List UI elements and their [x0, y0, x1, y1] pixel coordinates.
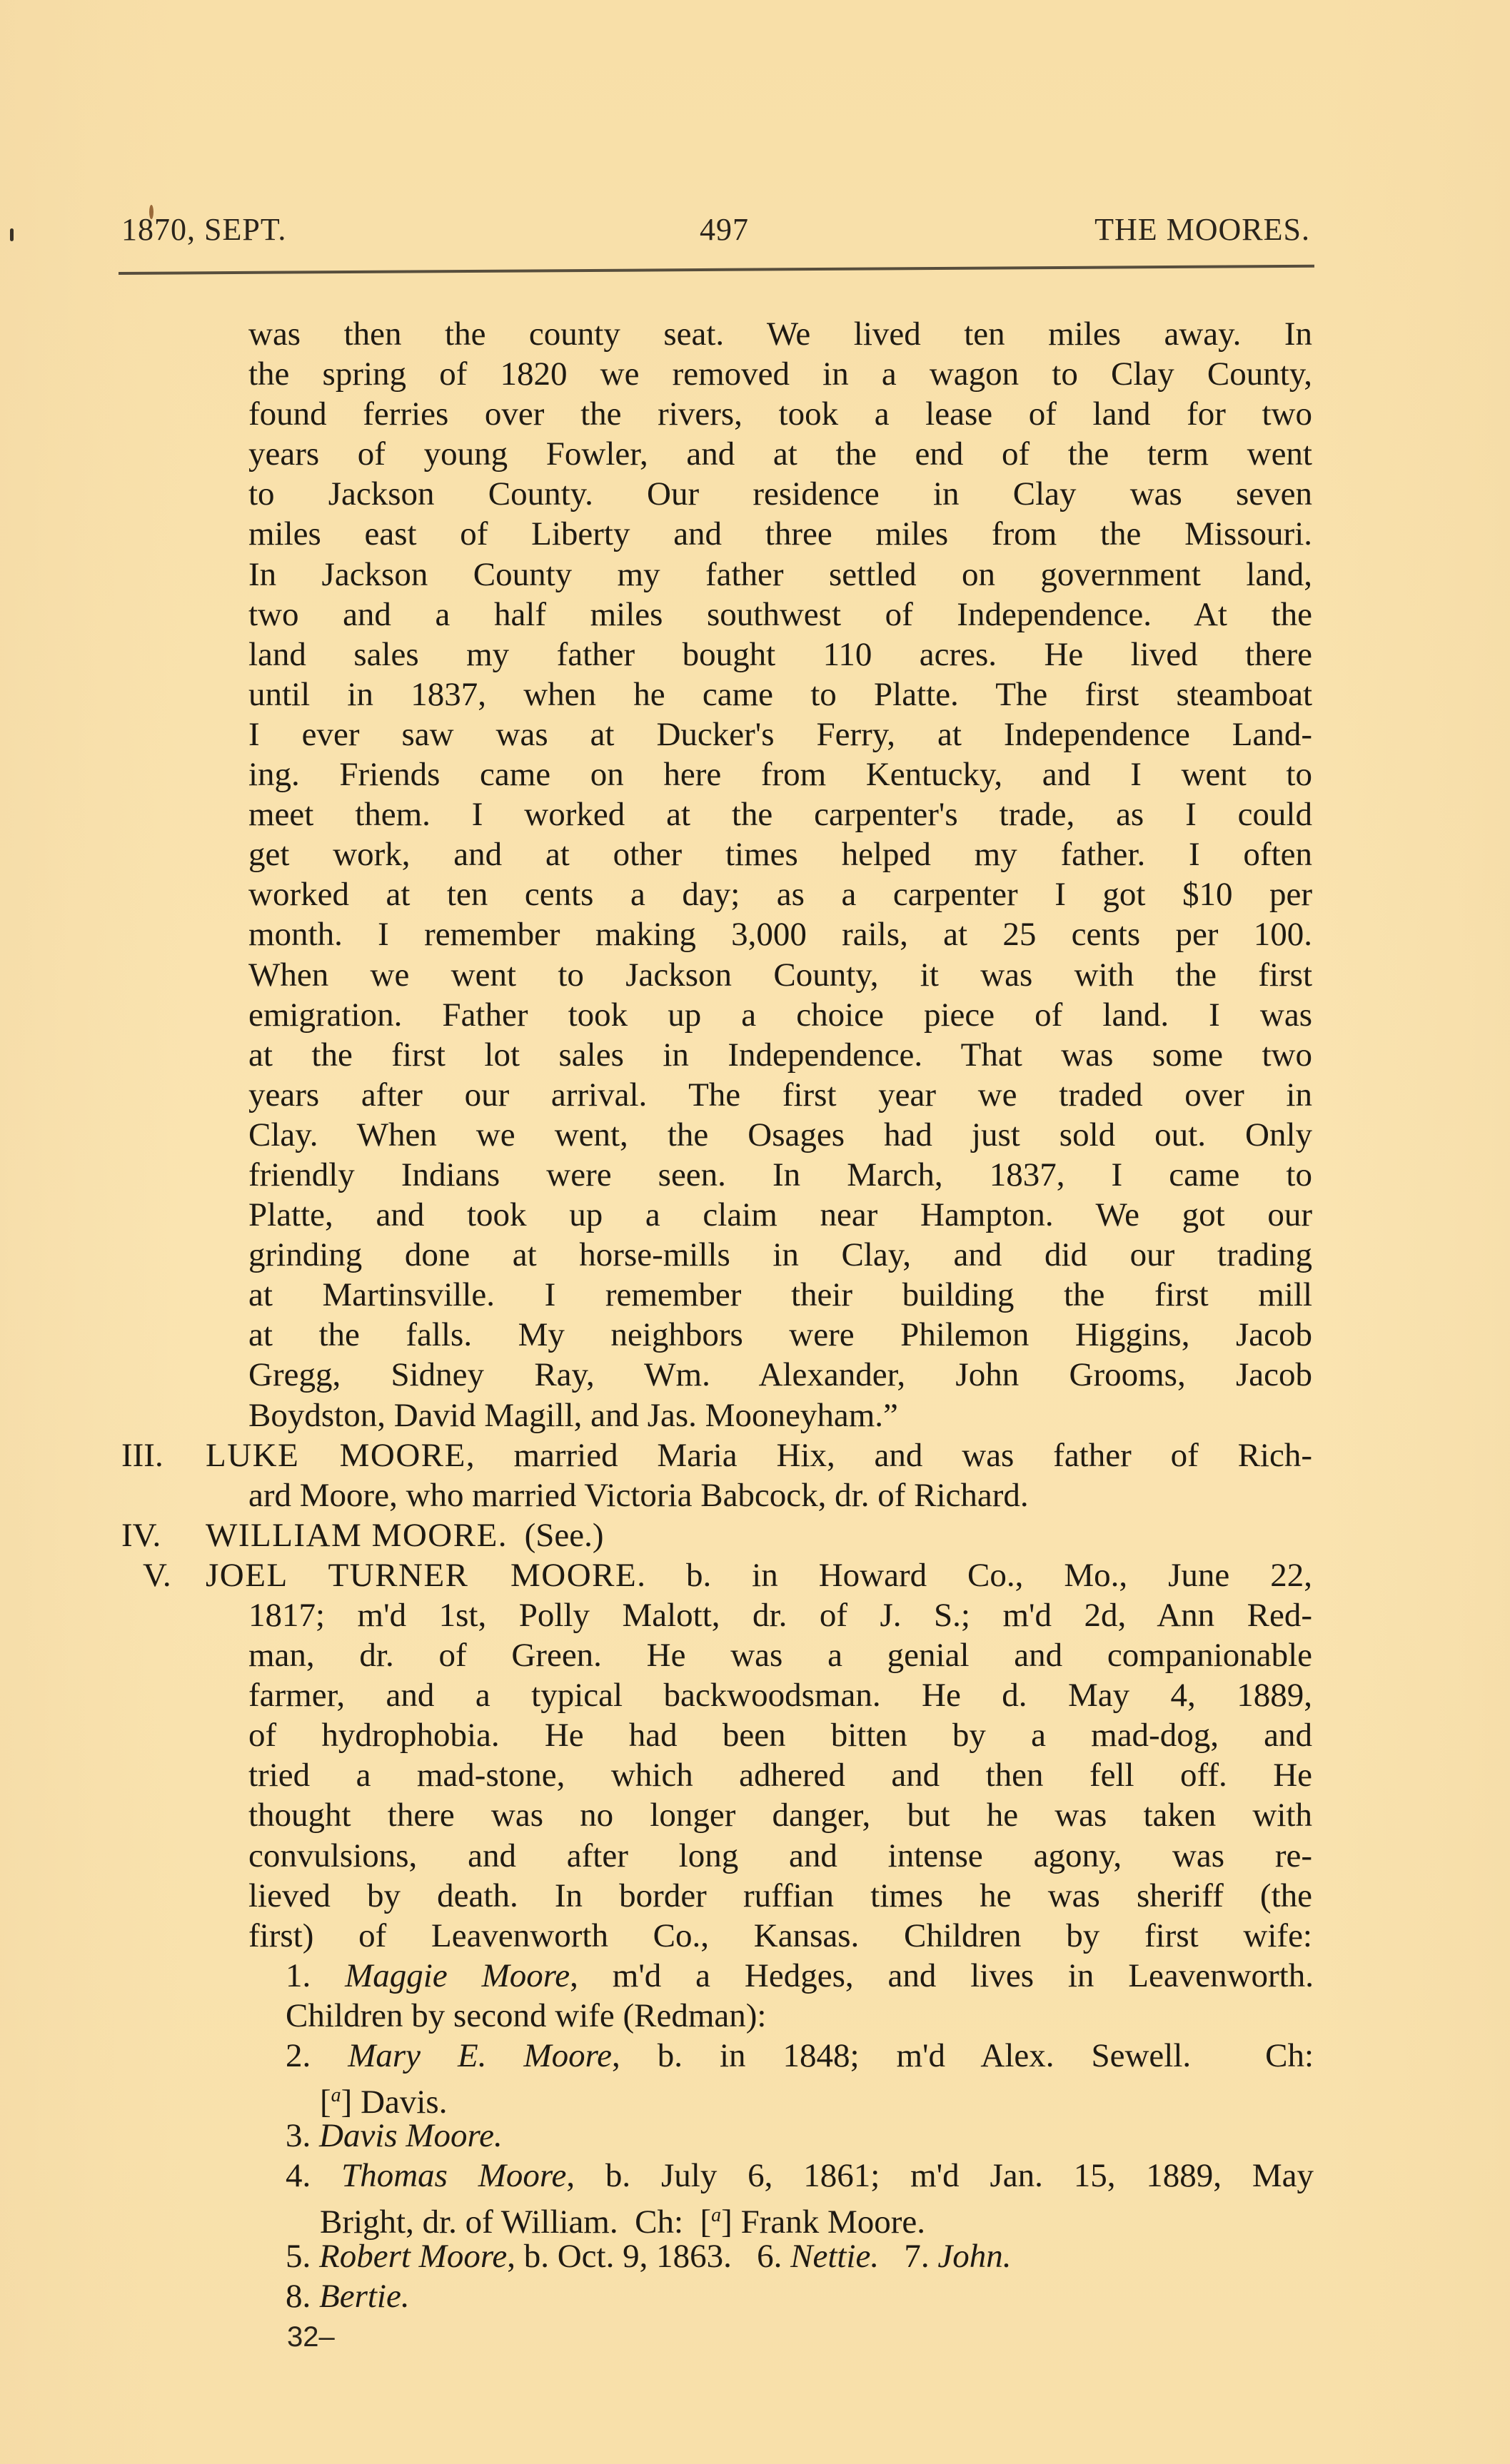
entry-first-line: JOEL TURNER MOORE. b. in Howard Co., Mo.… [206, 1555, 1312, 1595]
text-line: thought there was no longer danger, but … [248, 1795, 1312, 1835]
text-line: When we went to Jackson County, it was w… [248, 955, 1312, 995]
text-line: years of young Fowler, and at the end of… [248, 434, 1312, 474]
text-line: at the falls. My neighbors were Philemon… [248, 1315, 1312, 1355]
child-name: Bertie. [319, 2278, 410, 2315]
text-line: lieved by death. In border ruffian times… [248, 1876, 1312, 1916]
text-line: get work, and at other times helped my f… [248, 834, 1312, 874]
child-item: 4. Thomas Moore, b. July 6, 1861; m'd Ja… [286, 2156, 1314, 2196]
text-line: friendly Indians were seen. In March, 18… [248, 1155, 1312, 1195]
text-line: Boydston, David Magill, and Jas. Mooneyh… [248, 1395, 1312, 1435]
child-item: 8. Bertie. [286, 2276, 1314, 2316]
text-line: until in 1837, when he came to Platte. T… [248, 675, 1312, 715]
entry-first-line: LUKE MOORE, married Maria Hix, and was f… [206, 1435, 1312, 1475]
child-item: 3. Davis Moore. [286, 2116, 1314, 2156]
text-line: at Martinsville. I remember their buildi… [248, 1275, 1312, 1315]
children-list: 1. Maggie Moore, m'd a Hedges, and lives… [286, 1956, 1314, 2316]
grandchild-line: Bright, dr. of William. Ch: [a] Frank Mo… [286, 2196, 1314, 2236]
page-body: was then the county seat. We lived ten m… [0, 314, 1510, 2316]
text-line: of hydrophobia. He had been bitten by a … [248, 1715, 1312, 1755]
child-name: Davis Moore [319, 2117, 494, 2154]
person-name: WILLIAM MOORE. [206, 1517, 508, 1554]
child-item: 2. Mary E. Moore, b. in 1848; m'd Alex. … [286, 2036, 1314, 2076]
entry-first-line: WILLIAM MOORE. (See.) [206, 1515, 1312, 1555]
child-name: John. [937, 2238, 1011, 2275]
text-line: emigration. Father took up a choice piec… [248, 995, 1312, 1035]
grandchild-line: [a] Davis. [286, 2076, 1314, 2116]
text-line: was then the county seat. We lived ten m… [248, 314, 1312, 354]
children-subheading: Children by second wife (Redman): [286, 1996, 1314, 2036]
margin-mark [10, 228, 14, 241]
child-name: Thomas Moore [341, 2157, 566, 2194]
text-line: 1817; m'd 1st, Polly Malott, dr. of J. S… [248, 1595, 1312, 1635]
text-line: I ever saw was at Ducker's Ferry, at Ind… [248, 715, 1312, 754]
child-name: Robert Moore [319, 2238, 507, 2275]
text-line: to Jackson County. Our residence in Clay… [248, 474, 1312, 514]
entry-joel-turner-moore: V. JOEL TURNER MOORE. b. in Howard Co., … [0, 1555, 1510, 1956]
running-head-title: THE MOORES. [1094, 211, 1310, 248]
text-line: grinding done at horse-mills in Clay, an… [248, 1235, 1312, 1275]
text-line: land sales my father bought 110 acres. H… [248, 635, 1312, 675]
entry-william-moore: IV. WILLIAM MOORE. (See.) [0, 1515, 1510, 1555]
signature-mark: 32– [287, 2321, 335, 2353]
running-head: 1870, SEPT. 497 THE MOORES. [121, 211, 1310, 261]
child-name: Maggie Moore [345, 1957, 570, 1994]
child-item: 5. Robert Moore, b. Oct. 9, 1863. 6. Net… [286, 2236, 1314, 2276]
page-number: 497 [700, 211, 749, 248]
text-line: Clay. When we went, the Osages had just … [248, 1115, 1312, 1155]
child-name: Mary E. Moore [348, 2037, 612, 2074]
entry-numeral: V. [143, 1555, 207, 1595]
text-line: man, dr. of Green. He was a genial and c… [248, 1635, 1312, 1675]
person-name: JOEL TURNER MOORE [206, 1557, 637, 1594]
text-line: Gregg, Sidney Ray, Wm. Alexander, John G… [248, 1355, 1312, 1395]
entry-numeral: III. [121, 1435, 207, 1475]
child-item: 1. Maggie Moore, m'd a Hedges, and lives… [286, 1956, 1314, 1996]
header-rule [119, 265, 1314, 275]
text-line: farmer, and a typical backwoodsman. He d… [248, 1675, 1312, 1715]
running-head-date: 1870, SEPT. [121, 211, 286, 248]
text-line: found ferries over the rivers, took a le… [248, 394, 1312, 434]
text-line: the spring of 1820 we removed in a wagon… [248, 354, 1312, 394]
book-page: 1870, SEPT. 497 THE MOORES. was then the… [0, 0, 1510, 2464]
person-name: LUKE MOORE [206, 1437, 466, 1474]
narrative-quote: was then the county seat. We lived ten m… [248, 314, 1312, 1435]
text-line: two and a half miles southwest of Indepe… [248, 595, 1312, 635]
text-line: at the first lot sales in Independence. … [248, 1035, 1312, 1075]
text-line: worked at ten cents a day; as a carpente… [248, 874, 1312, 914]
text-line: miles east of Liberty and three miles fr… [248, 514, 1312, 554]
text-line: Platte, and took up a claim near Hampton… [248, 1195, 1312, 1235]
text-line: meet them. I worked at the carpenter's t… [248, 794, 1312, 834]
text-line: tried a mad-stone, which adhered and the… [248, 1755, 1312, 1795]
text-line: years after our arrival. The first year … [248, 1075, 1312, 1115]
entry-luke-moore: III. LUKE MOORE, married Maria Hix, and … [0, 1435, 1510, 1515]
text-line: month. I remember making 3,000 rails, at… [248, 914, 1312, 954]
text-line: first) of Leavenworth Co., Kansas. Child… [248, 1916, 1312, 1956]
entry-numeral: IV. [121, 1515, 207, 1555]
child-name: Nettie. [790, 2238, 879, 2275]
text-line: ing. Friends came on here from Kentucky,… [248, 754, 1312, 794]
text-line: convulsions, and after long and intense … [248, 1836, 1312, 1876]
text-line: In Jackson County my father settled on g… [248, 555, 1312, 595]
text-line: ard Moore, who married Victoria Babcock,… [248, 1475, 1312, 1515]
